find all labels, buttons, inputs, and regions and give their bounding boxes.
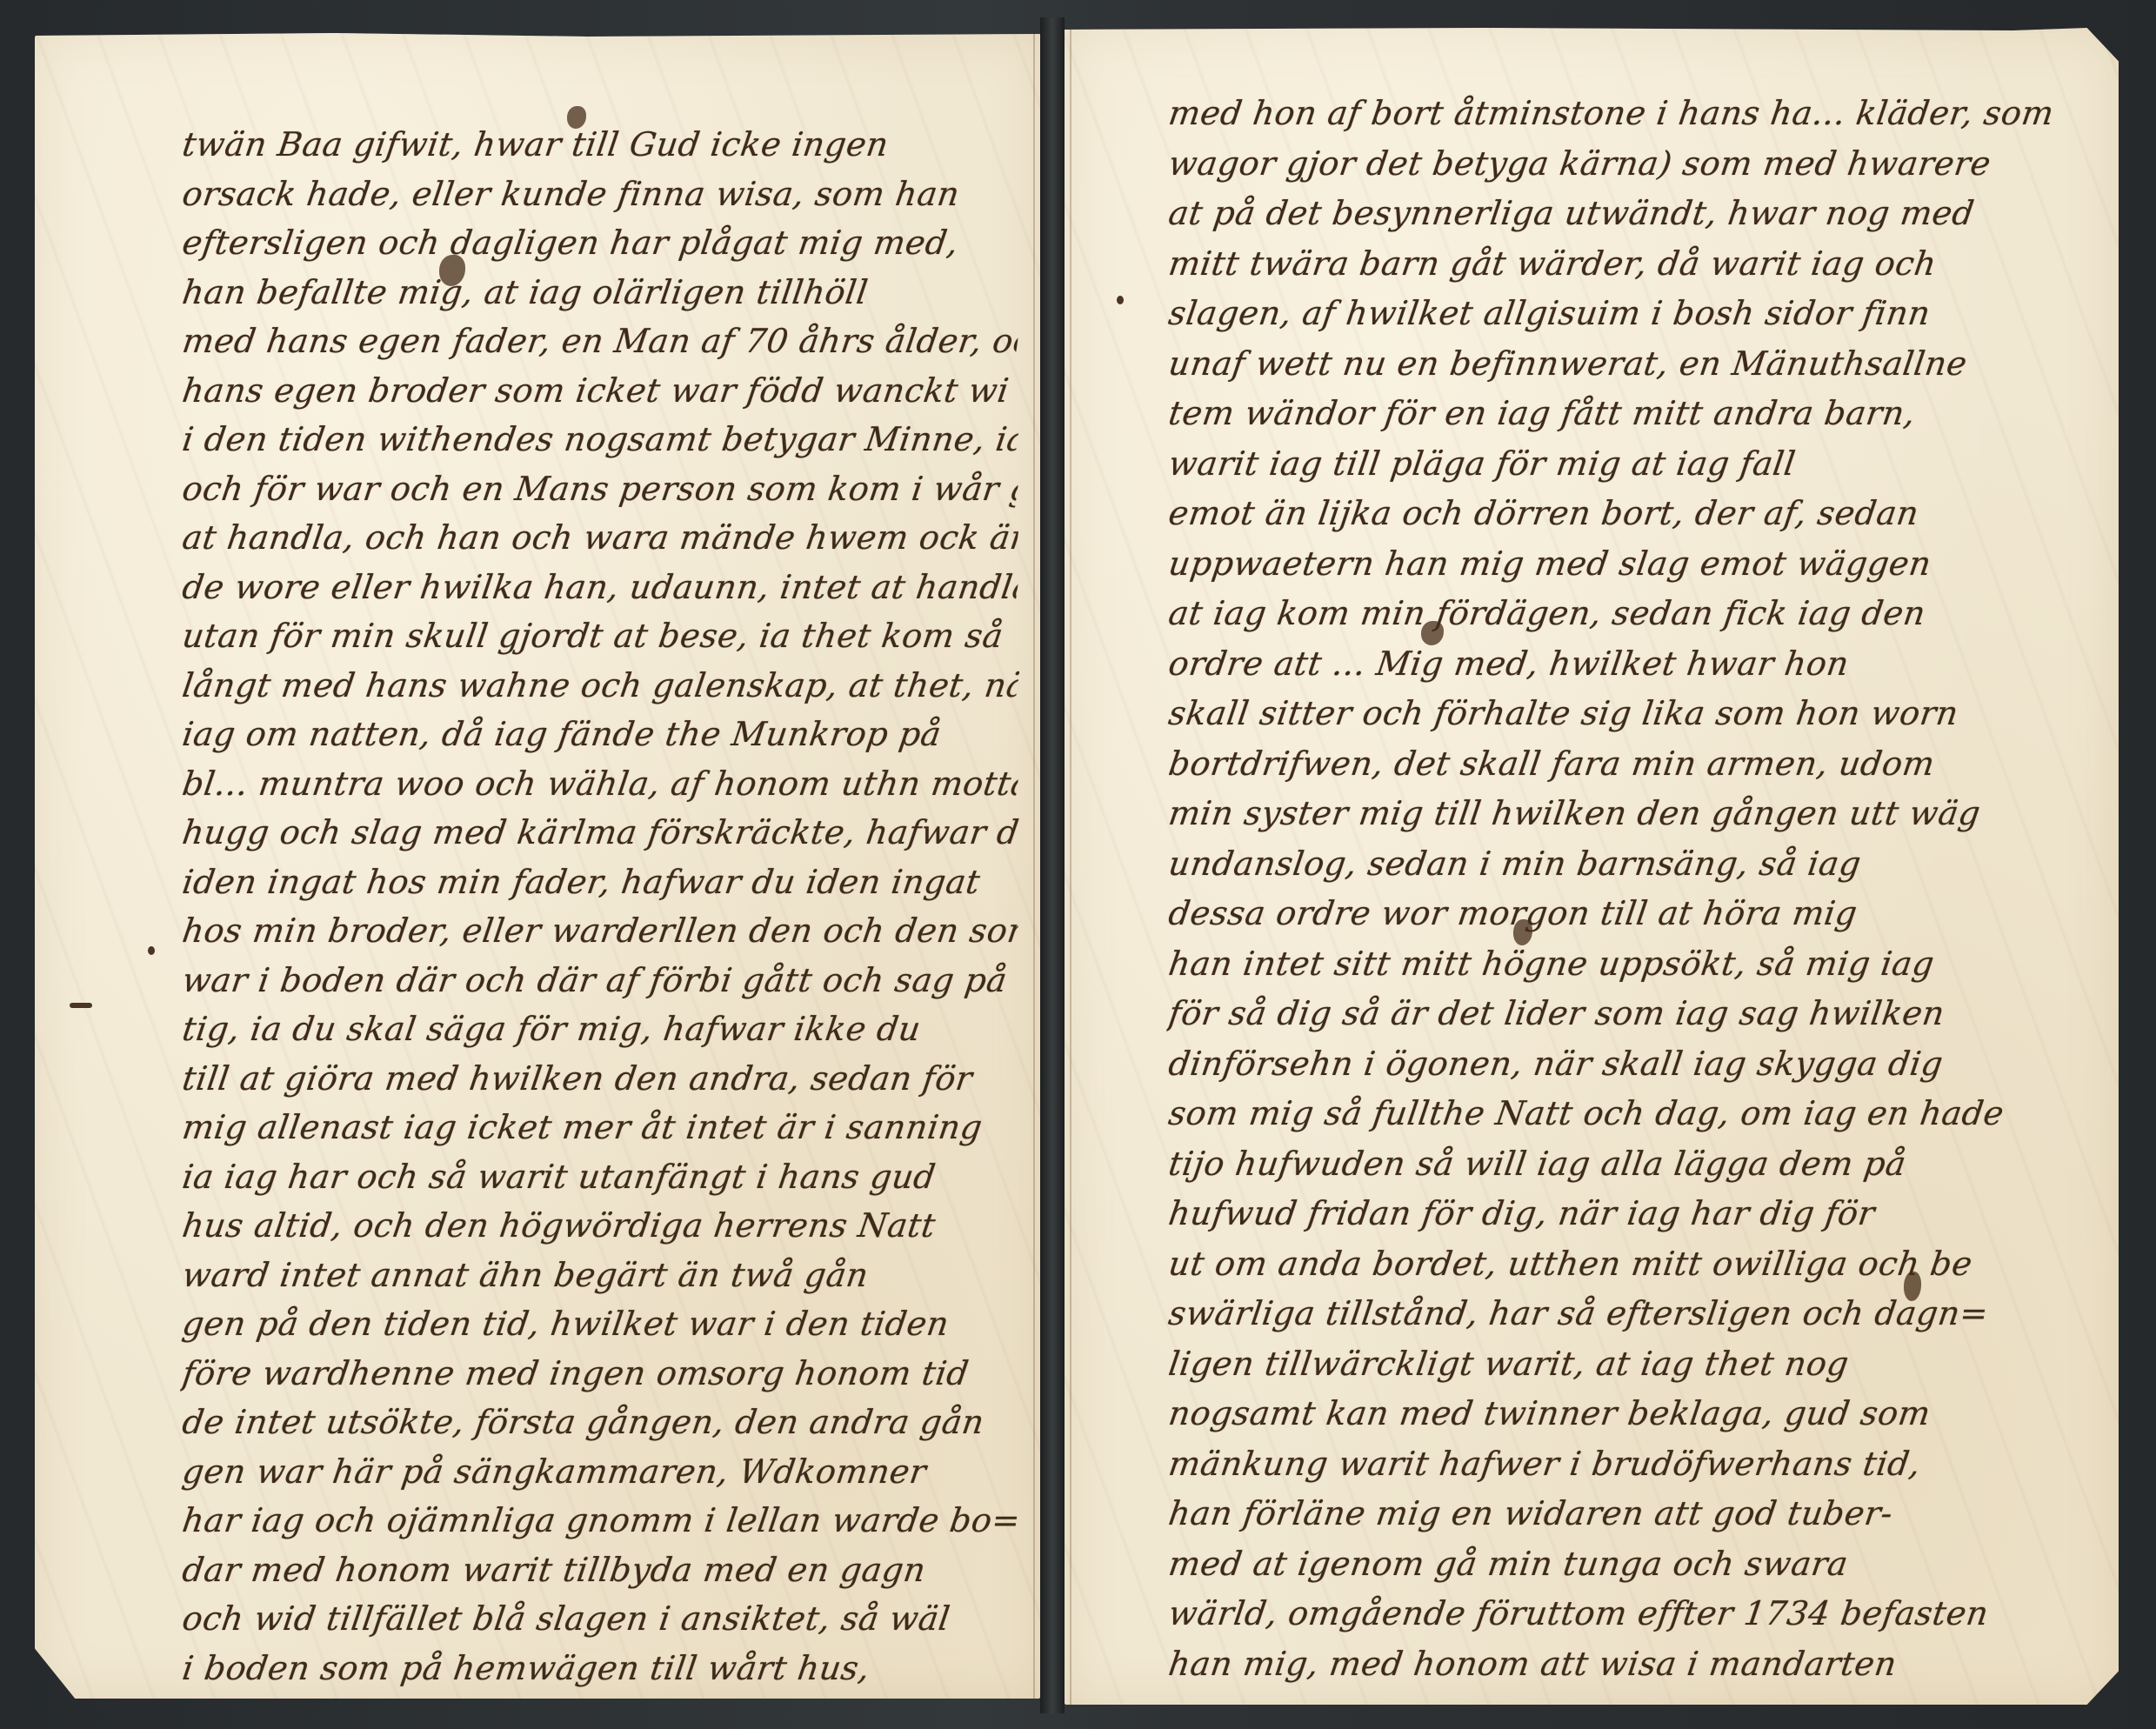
manuscript-line: mitt twära barn gåt wärder, då warit iag…	[1165, 239, 2094, 290]
manuscript-line: och wid tillfället blå slagen i ansiktet…	[179, 1594, 1021, 1644]
manuscript-line: med hon af bort åtminstone i hans ha... …	[1165, 89, 2094, 139]
margin-mark	[1117, 296, 1124, 304]
manuscript-line: hufwud fridan för dig, när iag har dig f…	[1165, 1189, 2094, 1239]
manuscript-line: warit iag till pläga för mig at iag fall	[1165, 439, 2094, 490]
manuscript-line: skall sitter och förhalte sig lika som h…	[1165, 689, 2094, 739]
manuscript-line: han intet sitt mitt högne uppsökt, så mi…	[1165, 939, 2094, 990]
manuscript-line: undanslog, sedan i min barnsäng, så iag	[1165, 839, 2094, 890]
manuscript-line: hus altid, och den högwördiga herrens Na…	[179, 1201, 1021, 1251]
right-page-text: med hon af bort åtminstone i hans ha... …	[1169, 89, 2091, 1689]
manuscript-line: som mig så fullthe Natt och dag, om iag …	[1165, 1089, 2094, 1139]
manuscript-line: nogsamt kan med twinner beklaga, gud som	[1165, 1389, 2094, 1439]
manuscript-line: före wardhenne med ingen omsorg honom ti…	[179, 1349, 1021, 1399]
manuscript-line: war i boden där och där af förbi gått oc…	[179, 956, 1021, 1005]
manuscript-line: twän Baa gifwit, hwar till Gud icke inge…	[179, 120, 1021, 170]
manuscript-line: swärliga tillstånd, har så eftersligen o…	[1165, 1289, 2094, 1339]
manuscript-line: ordre att ... Mig med, hwilket hwar hon	[1165, 639, 2094, 690]
manuscript-line: uppwaetern han mig med slag emot wäggen	[1165, 539, 2094, 590]
manuscript-line: de wore eller hwilka han, udaunn, intet …	[179, 563, 1021, 612]
book-gutter	[1040, 17, 1065, 1713]
manuscript-line: iden ingat hos min fader, hafwar du iden…	[179, 858, 1021, 907]
manuscript-line: emot än lijka och dörren bort, der af, s…	[1165, 489, 2094, 539]
manuscript-line: hans egen broder som icket war född wanc…	[179, 366, 1021, 416]
manuscript-line: at på det besynnerliga utwändt, hwar nog…	[1165, 189, 2094, 239]
manuscript-line: med hans egen fader, en Man af 70 åhrs å…	[179, 317, 1021, 366]
manuscript-line: han befallte mig, at iag olärligen tillh…	[179, 268, 1021, 317]
manuscript-line: har iag och ojämnliga gnomm i lellan war…	[179, 1496, 1021, 1545]
left-page-text: twän Baa gifwit, hwar till Gud icke inge…	[183, 120, 1018, 1692]
manuscript-line: till at giöra med hwilken den andra, sed…	[179, 1054, 1021, 1104]
manuscript-line: dar med honom warit tillbyda med en gagn	[179, 1545, 1021, 1595]
manuscript-line: och för war och en Mans person som kom i…	[179, 464, 1021, 514]
manuscript-line: at handla, och han och wara mände hwem o…	[179, 513, 1021, 563]
manuscript-line: ligen tillwärckligt warit, at iag thet n…	[1165, 1339, 2094, 1390]
manuscript-line: min syster mig till hwilken den gången u…	[1165, 789, 2094, 839]
manuscript-line: ia iag har och så warit utanfängt i hans…	[179, 1152, 1021, 1202]
manuscript-line: hos min broder, eller warderllen den och…	[179, 906, 1021, 956]
page-fold-line	[1070, 28, 1071, 1705]
manuscript-line: gen war här på sängkammaren, Wdkomner	[179, 1447, 1021, 1497]
manuscript-line: bl... muntra woo och wähla, af honom uth…	[179, 759, 1021, 809]
manuscript-line: slagen, af hwilket allgisuim i bosh sido…	[1165, 289, 2094, 339]
manuscript-line: för så dig så är det lider som iag sag h…	[1165, 989, 2094, 1039]
manuscript-line: hugg och slag med kärlma förskräckte, ha…	[179, 808, 1021, 858]
manuscript-line: han förläne mig en widaren att god tuber…	[1165, 1489, 2094, 1539]
manuscript-line: dessa ordre wor morgon till at höra mig	[1165, 889, 2094, 939]
manuscript-line: han mig, med honom att wisa i mandarten	[1165, 1639, 2094, 1690]
page-fold-line	[1033, 33, 1035, 1699]
manuscript-line: tem wändor för en iag fått mitt andra ba…	[1165, 389, 2094, 439]
manuscript-line: i den tiden withendes nogsamt betygar Mi…	[179, 415, 1021, 464]
margin-mark	[148, 946, 155, 955]
right-page: med hon af bort åtminstone i hans ha... …	[1065, 28, 2119, 1705]
manuscript-line: wagor gjor det betyga kärna) som med hwa…	[1165, 139, 2094, 190]
manuscript-line: dinförsehn i ögonen, när skall iag skygg…	[1165, 1039, 2094, 1090]
left-page: twän Baa gifwit, hwar till Gud icke inge…	[35, 33, 1040, 1699]
manuscript-line: med at igenom gå min tunga och swara	[1165, 1539, 2094, 1590]
manuscript-line: at iag kom min fördägen, sedan fick iag …	[1165, 589, 2094, 639]
manuscript-line: wärld, omgående föruttom effter 1734 bef…	[1165, 1589, 2094, 1639]
manuscript-line: tig, ia du skal säga för mig, hafwar ikk…	[179, 1005, 1021, 1054]
manuscript-line: eftersligen och dagligen har plågat mig …	[179, 218, 1021, 268]
manuscript-line: ut om anda bordet, utthen mitt owilliga …	[1165, 1239, 2094, 1290]
manuscript-line: ward intet annat ähn begärt än twå gån	[179, 1251, 1021, 1300]
manuscript-line: mänkung warit hafwer i brudöfwerhans tid…	[1165, 1439, 2094, 1490]
margin-mark	[70, 1003, 92, 1008]
manuscript-line: unaf wett nu en befinnwerat, en Mänuthsa…	[1165, 339, 2094, 390]
manuscript-line: bortdrifwen, det skall fara min armen, u…	[1165, 739, 2094, 790]
manuscript-line: de intet utsökte, första gången, den and…	[179, 1398, 1021, 1447]
manuscript-line: utan för min skull gjordt at bese, ia th…	[179, 611, 1021, 661]
manuscript-line: i boden som på hemwägen till wårt hus,	[179, 1644, 1021, 1693]
manuscript-line: gen på den tiden tid, hwilket war i den …	[179, 1299, 1021, 1349]
manuscript-line: långt med hans wahne och galenskap, at t…	[179, 661, 1021, 711]
manuscript-line: iag om natten, då iag fände the Munkrop …	[179, 710, 1021, 759]
manuscript-line: orsack hade, eller kunde finna wisa, som…	[179, 170, 1021, 219]
manuscript-line: tijo hufwuden så will iag alla lägga dem…	[1165, 1139, 2094, 1190]
manuscript-line: mig allenast iag icket mer åt intet är i…	[179, 1103, 1021, 1152]
